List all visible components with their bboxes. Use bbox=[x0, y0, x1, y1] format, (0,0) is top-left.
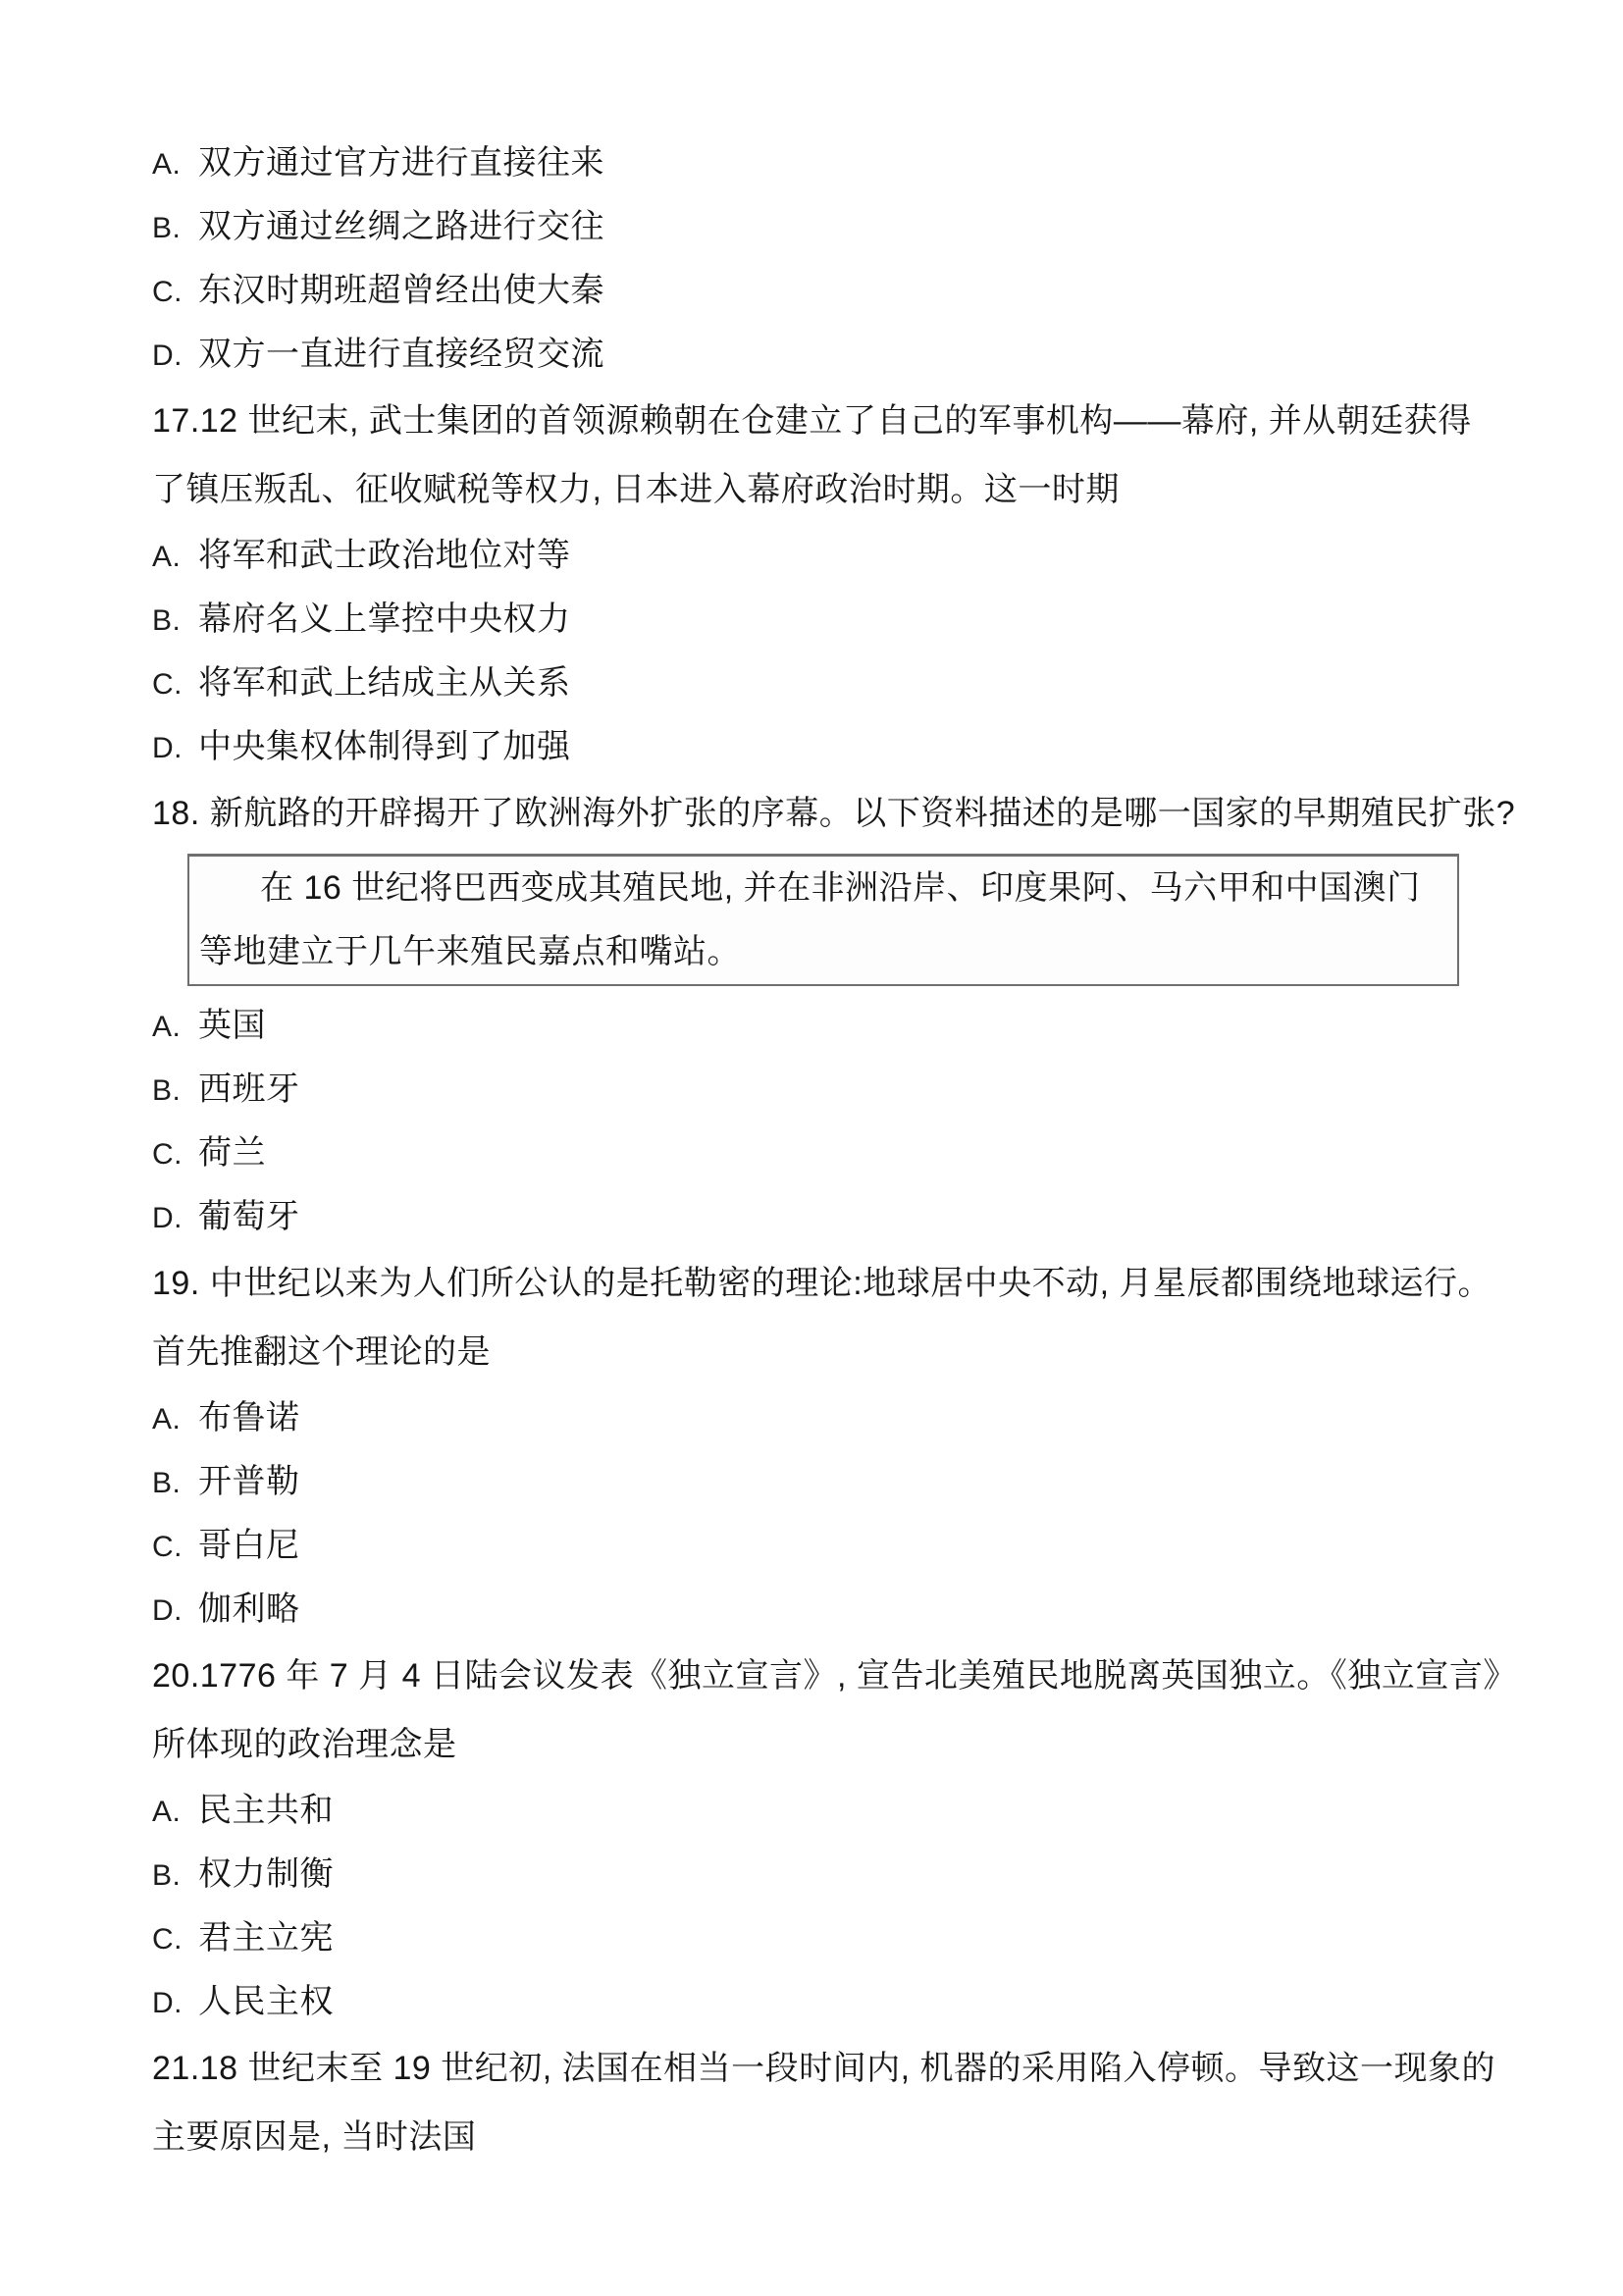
option-text: 双方一直进行直接经贸交流 bbox=[198, 336, 604, 373]
option-label: A. bbox=[152, 1387, 198, 1451]
option-label: A. bbox=[152, 525, 198, 589]
option-text: 将军和武上结成主从关系 bbox=[198, 664, 571, 702]
option-label: A. bbox=[152, 995, 198, 1059]
question-18-option-row-d: D.葡萄牙 bbox=[152, 1185, 1486, 1249]
question-18-source-line-1: 在 16 世纪将巴西变成其殖民地, 并在非洲沿岸、印度果阿、马六甲和中国澳门 bbox=[199, 857, 1443, 920]
question-19-option-row-a: A.布鲁诺 bbox=[152, 1386, 1486, 1450]
question-17-option-row-c: C.将军和武上结成主从关系 bbox=[152, 652, 1486, 715]
option-text: 民主共和 bbox=[198, 1792, 334, 1829]
question-21-stem-line-1: 21.18 世纪末至 19 世纪初, 法国在相当一段时间内, 机器的采用陷入停顿… bbox=[152, 2034, 1486, 2103]
question-20-option-row-a: A.民主共和 bbox=[152, 1779, 1486, 1843]
question-18-option-row-c: C.荷兰 bbox=[152, 1122, 1486, 1185]
option-label: B. bbox=[152, 1451, 198, 1515]
option-text: 开普勒 bbox=[198, 1463, 300, 1500]
opening-option-row-a: A.双方通过官方进行直接往来 bbox=[152, 131, 1486, 195]
option-text: 东汉时期班超曾经出使大秦 bbox=[198, 272, 604, 309]
option-text: 西班牙 bbox=[198, 1070, 300, 1108]
question-17-option-row-d: D.中央集权体制得到了加强 bbox=[152, 715, 1486, 779]
question-18-option-row-b: B.西班牙 bbox=[152, 1058, 1486, 1122]
question-18-option-row-a: A.英国 bbox=[152, 994, 1486, 1058]
option-text: 葡萄牙 bbox=[198, 1198, 300, 1235]
question-20-stem-line-1: 20.1776 年 7 月 4 日陆会议发表《独立宣言》, 宣告北美殖民地脱离英… bbox=[152, 1642, 1486, 1710]
question-20-stem-line-2: 所体现的政治理念是 bbox=[152, 1710, 1486, 1779]
option-label: C. bbox=[152, 1907, 198, 1971]
option-text: 布鲁诺 bbox=[198, 1399, 300, 1436]
option-label: D. bbox=[152, 1971, 198, 2035]
option-text: 荷兰 bbox=[198, 1134, 266, 1172]
opening-option-row-c: C.东汉时期班超曾经出使大秦 bbox=[152, 259, 1486, 323]
option-label: B. bbox=[152, 589, 198, 652]
option-label: B. bbox=[152, 1844, 198, 1907]
question-20-option-row-b: B.权力制衡 bbox=[152, 1843, 1486, 1906]
question-18-source-box: 在 16 世纪将巴西变成其殖民地, 并在非洲沿岸、印度果阿、马六甲和中国澳门 等… bbox=[187, 854, 1459, 986]
opening-option-row-b: B.双方通过丝绸之路进行交往 bbox=[152, 195, 1486, 259]
question-19-option-row-d: D.伽利略 bbox=[152, 1578, 1486, 1642]
option-text: 双方通过官方进行直接往来 bbox=[198, 144, 604, 182]
option-label: D. bbox=[152, 324, 198, 388]
exam-page: A.双方通过官方进行直接往来 B.双方通过丝绸之路进行交往 C.东汉时期班超曾经… bbox=[0, 0, 1623, 2296]
option-text: 哥白尼 bbox=[198, 1527, 300, 1564]
option-label: A. bbox=[152, 1780, 198, 1844]
option-label: B. bbox=[152, 1059, 198, 1122]
question-19-stem-line-2: 首先推翻这个理论的是 bbox=[152, 1318, 1486, 1386]
question-18-source-line-2: 等地建立于几午来殖民嘉点和嘴站。 bbox=[199, 920, 1443, 984]
question-17-option-row-a: A.将军和武士政治地位对等 bbox=[152, 524, 1486, 588]
question-17-stem-line-2: 了镇压叛乱、征收赋税等权力, 日本进入幕府政治时期。这一时期 bbox=[152, 455, 1486, 524]
question-19-option-row-c: C.哥白尼 bbox=[152, 1514, 1486, 1578]
option-text: 中央集权体制得到了加强 bbox=[198, 728, 571, 765]
option-label: A. bbox=[152, 132, 198, 196]
option-text: 人民主权 bbox=[198, 1983, 334, 2020]
option-text: 伽利略 bbox=[198, 1591, 300, 1628]
question-20-option-row-c: C.君主立宪 bbox=[152, 1906, 1486, 1970]
option-label: C. bbox=[152, 1515, 198, 1579]
option-label: C. bbox=[152, 652, 198, 716]
question-19-stem-line-1: 19. 中世纪以来为人们所公认的是托勒密的理论:地球居中央不动, 月星辰都围绕地… bbox=[152, 1249, 1486, 1318]
option-text: 权力制衡 bbox=[198, 1855, 334, 1893]
option-label: D. bbox=[152, 716, 198, 780]
question-20-option-row-d: D.人民主权 bbox=[152, 1970, 1486, 2034]
option-text: 幕府名义上掌控中央权力 bbox=[198, 600, 571, 638]
option-label: B. bbox=[152, 196, 198, 260]
question-18-stem-line-1: 18. 新航路的开辟揭开了欧洲海外扩张的序幕。以下资料描述的是哪一国家的早期殖民… bbox=[152, 779, 1486, 848]
option-label: C. bbox=[152, 1122, 198, 1186]
option-text: 英国 bbox=[198, 1007, 266, 1044]
option-label: C. bbox=[152, 260, 198, 324]
question-21-stem-line-2: 主要原因是, 当时法国 bbox=[152, 2103, 1486, 2171]
question-19-option-row-b: B.开普勒 bbox=[152, 1450, 1486, 1514]
question-17-stem-line-1: 17.12 世纪末, 武士集团的首领源赖朝在仓建立了自己的军事机构——幕府, 并… bbox=[152, 387, 1486, 455]
option-text: 双方通过丝绸之路进行交往 bbox=[198, 208, 604, 245]
option-text: 君主立宪 bbox=[198, 1919, 334, 1957]
option-label: D. bbox=[152, 1579, 198, 1643]
option-text: 将军和武士政治地位对等 bbox=[198, 537, 571, 574]
opening-option-row-d: D.双方一直进行直接经贸交流 bbox=[152, 323, 1486, 387]
option-label: D. bbox=[152, 1186, 198, 1250]
question-17-option-row-b: B.幕府名义上掌控中央权力 bbox=[152, 588, 1486, 652]
